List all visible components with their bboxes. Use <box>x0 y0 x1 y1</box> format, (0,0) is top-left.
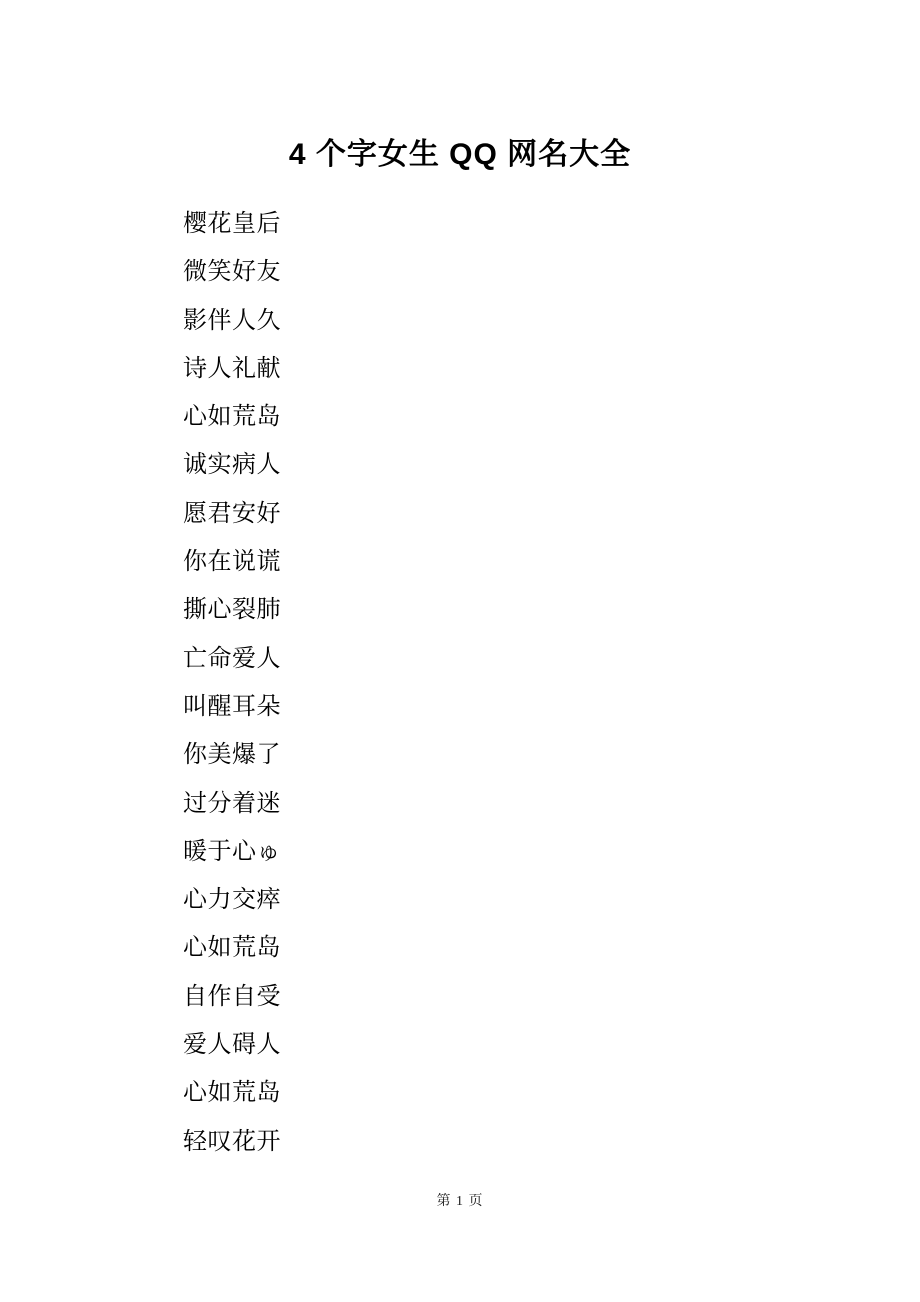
list-item: 你美爆了 <box>183 742 583 790</box>
page-footer: 第 1 页 <box>0 1192 920 1211</box>
list-item: 愿君安好 <box>183 501 583 549</box>
list-item: 心如荒岛 <box>183 1080 583 1128</box>
page-title: 4 个字女生 QQ 网名大全 <box>0 0 920 173</box>
document-page: 4 个字女生 QQ 网名大全 樱花皇后微笑好友影伴人久诗人礼献心如荒岛诚实病人愿… <box>0 0 920 1302</box>
list-item: 过分着迷 <box>183 791 583 839</box>
list-item: 暖于心ゅ <box>183 839 583 887</box>
list-item: 心力交瘁 <box>183 887 583 935</box>
list-item: 微笑好友 <box>183 259 583 307</box>
list-item: 自作自受 <box>183 984 583 1032</box>
list-item: 爱人碍人 <box>183 1032 583 1080</box>
list-item: 撕心裂肺 <box>183 597 583 645</box>
list-item: 叫醒耳朵 <box>183 694 583 742</box>
name-list: 樱花皇后微笑好友影伴人久诗人礼献心如荒岛诚实病人愿君安好你在说谎撕心裂肺亡命爱人… <box>183 211 583 1177</box>
list-item: 轻叹花开 <box>183 1129 583 1177</box>
list-item: 你在说谎 <box>183 549 583 597</box>
list-item: 诗人礼献 <box>183 356 583 404</box>
list-item: 亡命爱人 <box>183 646 583 694</box>
list-item: 樱花皇后 <box>183 211 583 259</box>
list-item: 心如荒岛 <box>183 935 583 983</box>
page-number: 第 1 页 <box>437 1194 484 1209</box>
list-item: 诚实病人 <box>183 452 583 500</box>
list-item: 心如荒岛 <box>183 404 583 452</box>
list-item: 影伴人久 <box>183 308 583 356</box>
